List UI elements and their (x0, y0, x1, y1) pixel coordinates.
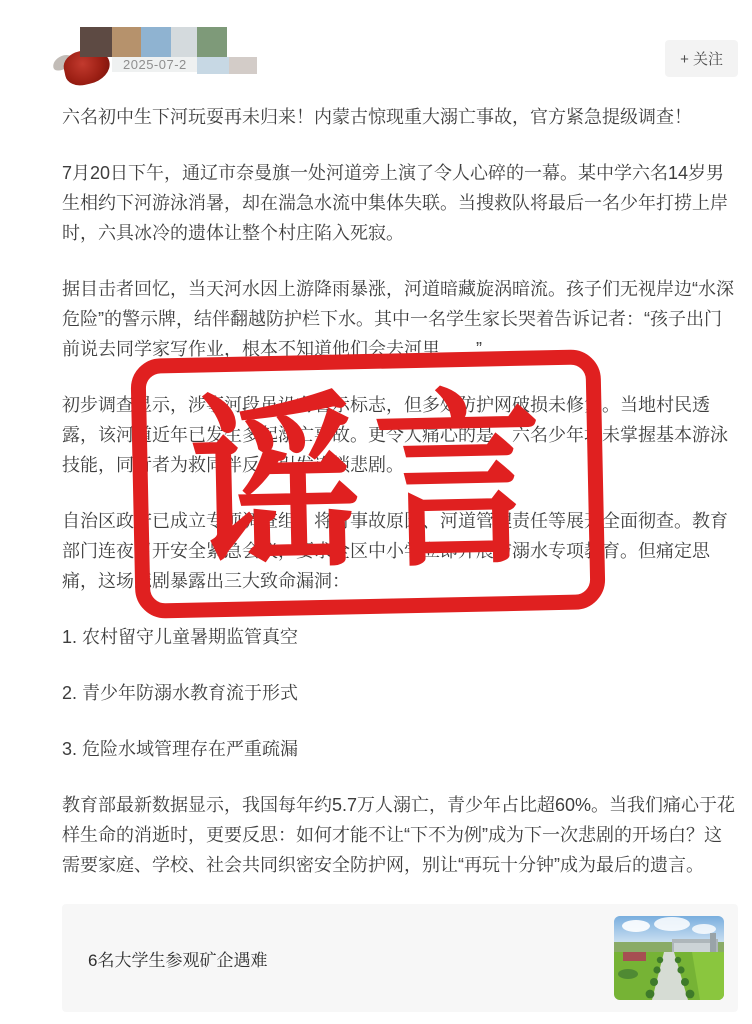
post-date: 2025-07-2 (123, 57, 187, 72)
linked-article-card[interactable]: 6名大学生参观矿企遇难 (62, 904, 738, 1012)
follow-button[interactable]: + 关注 (665, 40, 738, 77)
closing-paragraph: 教育部最新数据显示，我国每年约5.7万人溺亡，青少年占比超60%。当我们痛心于花… (62, 790, 738, 880)
list-item-1: 1. 农村留守儿童暑期监管真空 (62, 622, 738, 652)
rumor-stamp-text: 谣言 (190, 386, 558, 582)
post-page: 2025-07-2 + 关注 六名初中生下河玩耍再未归来！内蒙古惊现重大溺亡事故… (0, 0, 752, 1024)
post-header: 2025-07-2 + 关注 (62, 24, 738, 76)
paragraph-2: 据目击者回忆，当天河水因上游降雨暴涨，河道暗藏旋涡暗流。孩子们无视岸边“水深危险… (62, 274, 738, 364)
paragraph-1: 7月20日下午，通辽市奈曼旗一处河道旁上演了令人心碎的一幕。某中学六名14岁男生… (62, 158, 738, 248)
list-item-2: 2. 青少年防溺水教育流于形式 (62, 678, 738, 708)
list-item-3: 3. 危险水域管理存在严重疏漏 (62, 734, 738, 764)
card-thumbnail (614, 916, 724, 1000)
card-title: 6名大学生参观矿企遇难 (76, 946, 614, 971)
rumor-stamp: 谣言 (130, 349, 605, 619)
post-title: 六名初中生下河玩耍再未归来！内蒙古惊现重大溺亡事故，官方紧急提级调查！ (62, 102, 738, 132)
thumbnail-image (614, 916, 724, 1000)
